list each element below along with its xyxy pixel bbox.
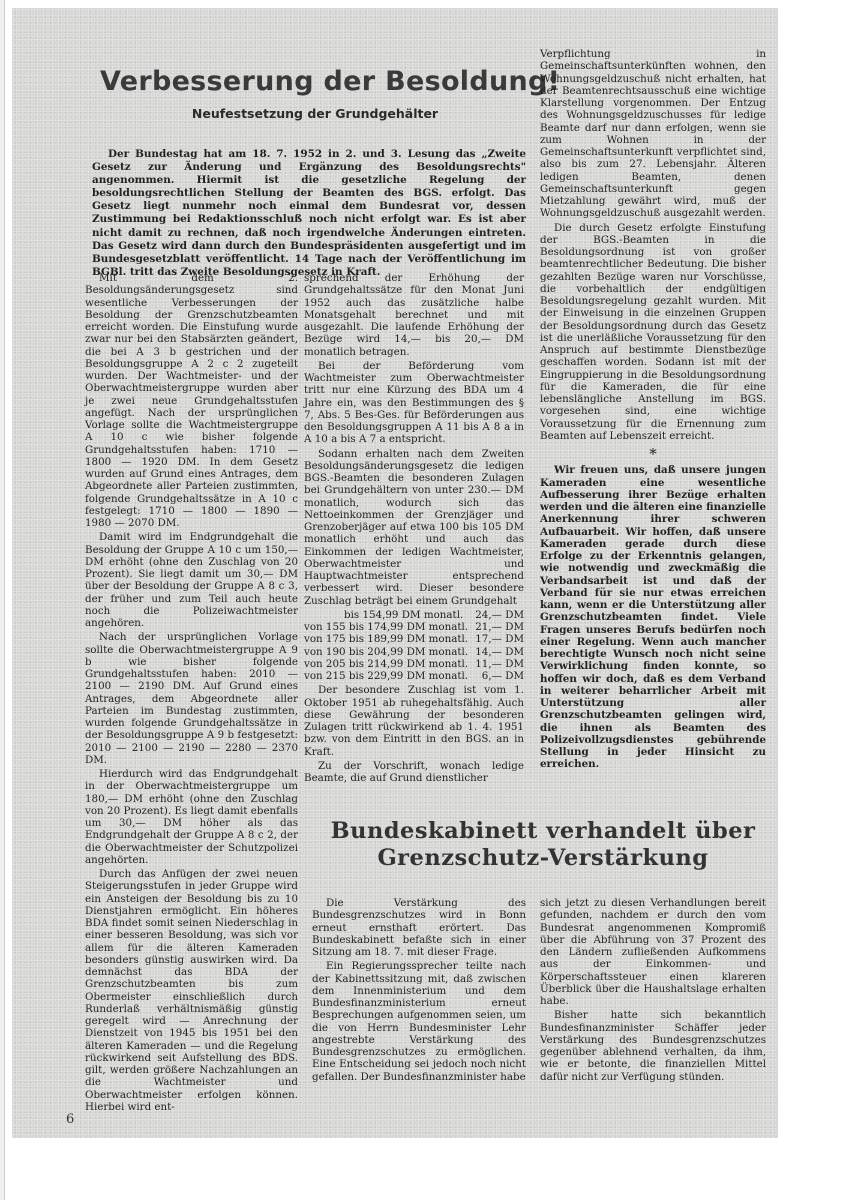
- range-cell: von 190 bis 204,99 DM monatl.: [304, 646, 468, 658]
- article-column-3: Verpflichtung in Gemeinschaftsunterkünft…: [540, 48, 766, 773]
- paragraph: Zu der Vorschrift, wonach ledige Beamte,…: [304, 760, 524, 785]
- table-row: von 205 bis 214,99 DM monatl. 11,— DM: [304, 658, 524, 670]
- table-row: von 175 bis 189,99 DM monatl. 17,— DM: [304, 633, 524, 645]
- paragraph: Mit dem 2. Besoldungsänderungsgesetz sin…: [85, 272, 298, 529]
- paragraph: Der besondere Zuschlag ist vom 1. Oktobe…: [304, 684, 524, 758]
- article-title: Verbesserung der Besoldung!: [100, 66, 530, 97]
- scan-edge: [0, 0, 5, 1200]
- paragraph: Bei der Beförderung vom Wachtmeister zum…: [304, 360, 524, 446]
- paragraph: Nach der ursprünglichen Vorlage sollte d…: [85, 631, 298, 766]
- page-number: 6: [66, 1112, 74, 1127]
- amount-cell: 14,— DM: [475, 646, 524, 658]
- paragraph: Damit wird im Endgrundgehalt die Besoldu…: [85, 531, 298, 629]
- article-lead: Der Bundestag hat am 18. 7. 1952 in 2. u…: [92, 148, 526, 279]
- paragraph: Bisher hatte sich bekanntlich Bundesfina…: [540, 1009, 766, 1083]
- range-cell: von 175 bis 189,99 DM monatl.: [304, 633, 468, 645]
- zuschlag-table: bis 154,99 DM monatl. 24,— DM von 155 bi…: [304, 609, 524, 683]
- paragraph: sprechend der Erhöhung der Grundgehaltss…: [304, 272, 524, 358]
- table-row: bis 154,99 DM monatl. 24,— DM: [304, 609, 524, 621]
- article2-column-1: Die Verstärkung des Bundesgrenzschutzes …: [312, 897, 526, 1085]
- paragraph: Die durch Gesetz erfolgte Einstufung der…: [540, 222, 766, 443]
- amount-cell: 21,— DM: [475, 621, 524, 633]
- table-row: von 215 bis 229,99 DM monatl. 6,— DM: [304, 670, 524, 682]
- article2-title: Bundeskabinett verhandelt über Grenzschu…: [318, 818, 768, 872]
- paragraph: sich jetzt zu diesen Verhandlungen berei…: [540, 897, 766, 1007]
- paragraph: Ein Regierungssprecher teilte nach der K…: [312, 960, 526, 1083]
- article-subtitle: Neufestsetzung der Grundgehälter: [100, 106, 530, 121]
- amount-cell: 11,— DM: [475, 658, 524, 670]
- paragraph: Sodann erhalten nach dem Zweiten Besoldu…: [304, 448, 524, 607]
- paragraph: Die Verstärkung des Bundesgrenzschutzes …: [312, 897, 526, 958]
- range-cell: von 155 bis 174,99 DM monatl.: [304, 621, 468, 633]
- table-row: von 190 bis 204,99 DM monatl. 14,— DM: [304, 646, 524, 658]
- range-cell: von 215 bis 229,99 DM monatl.: [304, 670, 468, 682]
- paragraph: Hierdurch wird das Endgrundgehalt in der…: [85, 768, 298, 866]
- article-column-2: sprechend der Erhöhung der Grundgehaltss…: [304, 272, 524, 786]
- paragraph: Verpflichtung in Gemeinschaftsunterkünft…: [540, 48, 766, 220]
- range-cell: von 205 bis 214,99 DM monatl.: [304, 658, 468, 670]
- section-separator: *: [540, 448, 766, 460]
- paragraph: Durch das Anfügen der zwei neuen Steiger…: [85, 868, 298, 1113]
- amount-cell: 17,— DM: [475, 633, 524, 645]
- range-cell: bis 154,99 DM monatl.: [344, 609, 463, 621]
- table-row: von 155 bis 174,99 DM monatl. 21,— DM: [304, 621, 524, 633]
- closing-paragraph: Wir freuen uns, daß unsere jungen Kamera…: [540, 464, 766, 770]
- article2-title-line2: Grenzschutz-Verstärkung: [318, 845, 768, 872]
- article2-column-2: sich jetzt zu diesen Verhandlungen berei…: [540, 897, 766, 1085]
- article-column-1: Mit dem 2. Besoldungsänderungsgesetz sin…: [85, 272, 298, 1115]
- amount-cell: 24,— DM: [475, 609, 524, 621]
- amount-cell: 6,— DM: [482, 670, 524, 682]
- article2-title-line1: Bundeskabinett verhandelt über: [318, 818, 768, 845]
